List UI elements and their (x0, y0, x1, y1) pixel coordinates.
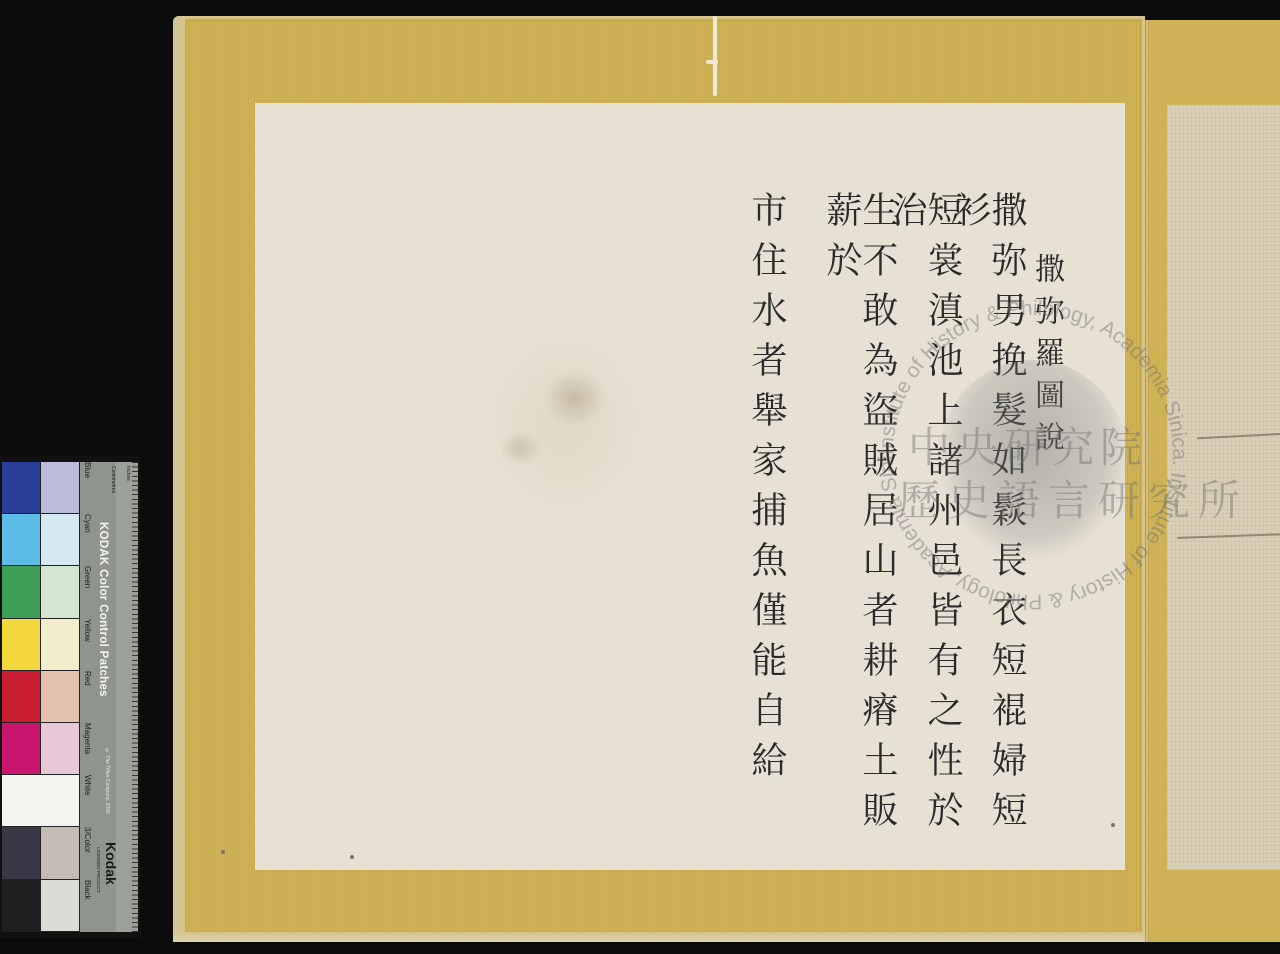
patch-label: Green (83, 566, 92, 618)
paper-panel: 撒弥羅圖說 撒弥男挽髮如鬏長衣短裩婦短衫 短裳滇池上諸州邑皆有之性於治 生不敢為… (255, 103, 1125, 870)
foxing-spot (221, 850, 225, 854)
patch-black-dark (2, 880, 41, 932)
text-column-4: 市住水者舉家捕魚僅能自給 (748, 191, 784, 791)
license-text: LICENSED PRODUCT (96, 847, 101, 893)
ruler-scale (116, 462, 138, 932)
inches-label: Inches (125, 466, 131, 481)
kodak-logo: Kodak (103, 842, 119, 885)
leaf-fold (1145, 20, 1149, 942)
patch-cyan-light (41, 514, 80, 566)
text-title-column: 撒弥羅圖說 (1031, 253, 1061, 463)
color-patches (2, 462, 80, 932)
patch-yellow-light (41, 619, 80, 671)
kodak-color-control-strip: Inches Centimetres BlueCyanGreenYellowRe… (0, 456, 141, 938)
patch-cyan-dark (2, 514, 41, 566)
adjacent-album-leaf (1145, 20, 1280, 942)
album-leaf: 撒弥羅圖說 撒弥男挽髮如鬏長衣短裩婦短衫 短裳滇池上諸州邑皆有之性於治 生不敢為… (173, 16, 1145, 942)
text-column-2: 短裳滇池上諸州邑皆有之性於治 (888, 191, 960, 870)
brush-stroke (1177, 533, 1280, 539)
patch-label: Red (83, 671, 92, 723)
leaf-left-edge (173, 16, 185, 942)
brush-stroke (1197, 433, 1280, 440)
patch-green-light (41, 566, 80, 618)
patch-magenta-light (41, 723, 80, 775)
patch-label: White (83, 775, 92, 827)
patch-green-dark (2, 566, 41, 618)
patch-white (2, 775, 80, 827)
patch-label: Yellow (83, 619, 92, 671)
patch-black-light (41, 880, 80, 932)
patch-label: 3/Color (83, 827, 92, 879)
silk-painting-panel (1167, 105, 1280, 870)
foxing-spot (1111, 823, 1115, 827)
patch-blue-light (41, 462, 80, 514)
patch-red-light (41, 671, 80, 723)
tear-mark (713, 16, 717, 96)
centimetres-label: Centimetres (110, 466, 116, 493)
patch-label: Cyan (83, 514, 92, 566)
foxing-spot (350, 855, 354, 859)
patch-red-dark (2, 671, 41, 723)
patch-label: Black (83, 880, 92, 932)
patch-label: Blue (83, 462, 92, 514)
patch-blue-dark (2, 462, 41, 514)
patch-labels: BlueCyanGreenYellowRedMagentaWhite3/Colo… (83, 462, 92, 932)
leaf-bottom-edge (173, 932, 1145, 942)
patch-magenta-dark (2, 723, 41, 775)
patch-label: Magenta (83, 723, 92, 775)
text-column-3: 生不敢為盜賊居山者耕瘠土販薪於 (823, 191, 895, 870)
tear-mark (706, 60, 718, 64)
patch-3-color-dark (2, 827, 41, 879)
ruler: Inches Centimetres BlueCyanGreenYellowRe… (80, 462, 138, 932)
patch-yellow-dark (2, 619, 41, 671)
copyright-text: © The Tiffen Company, 2000 (104, 748, 110, 814)
patch-3-color-light (41, 827, 80, 879)
kodak-brand-title: KODAK Color Control Patches (97, 522, 109, 697)
